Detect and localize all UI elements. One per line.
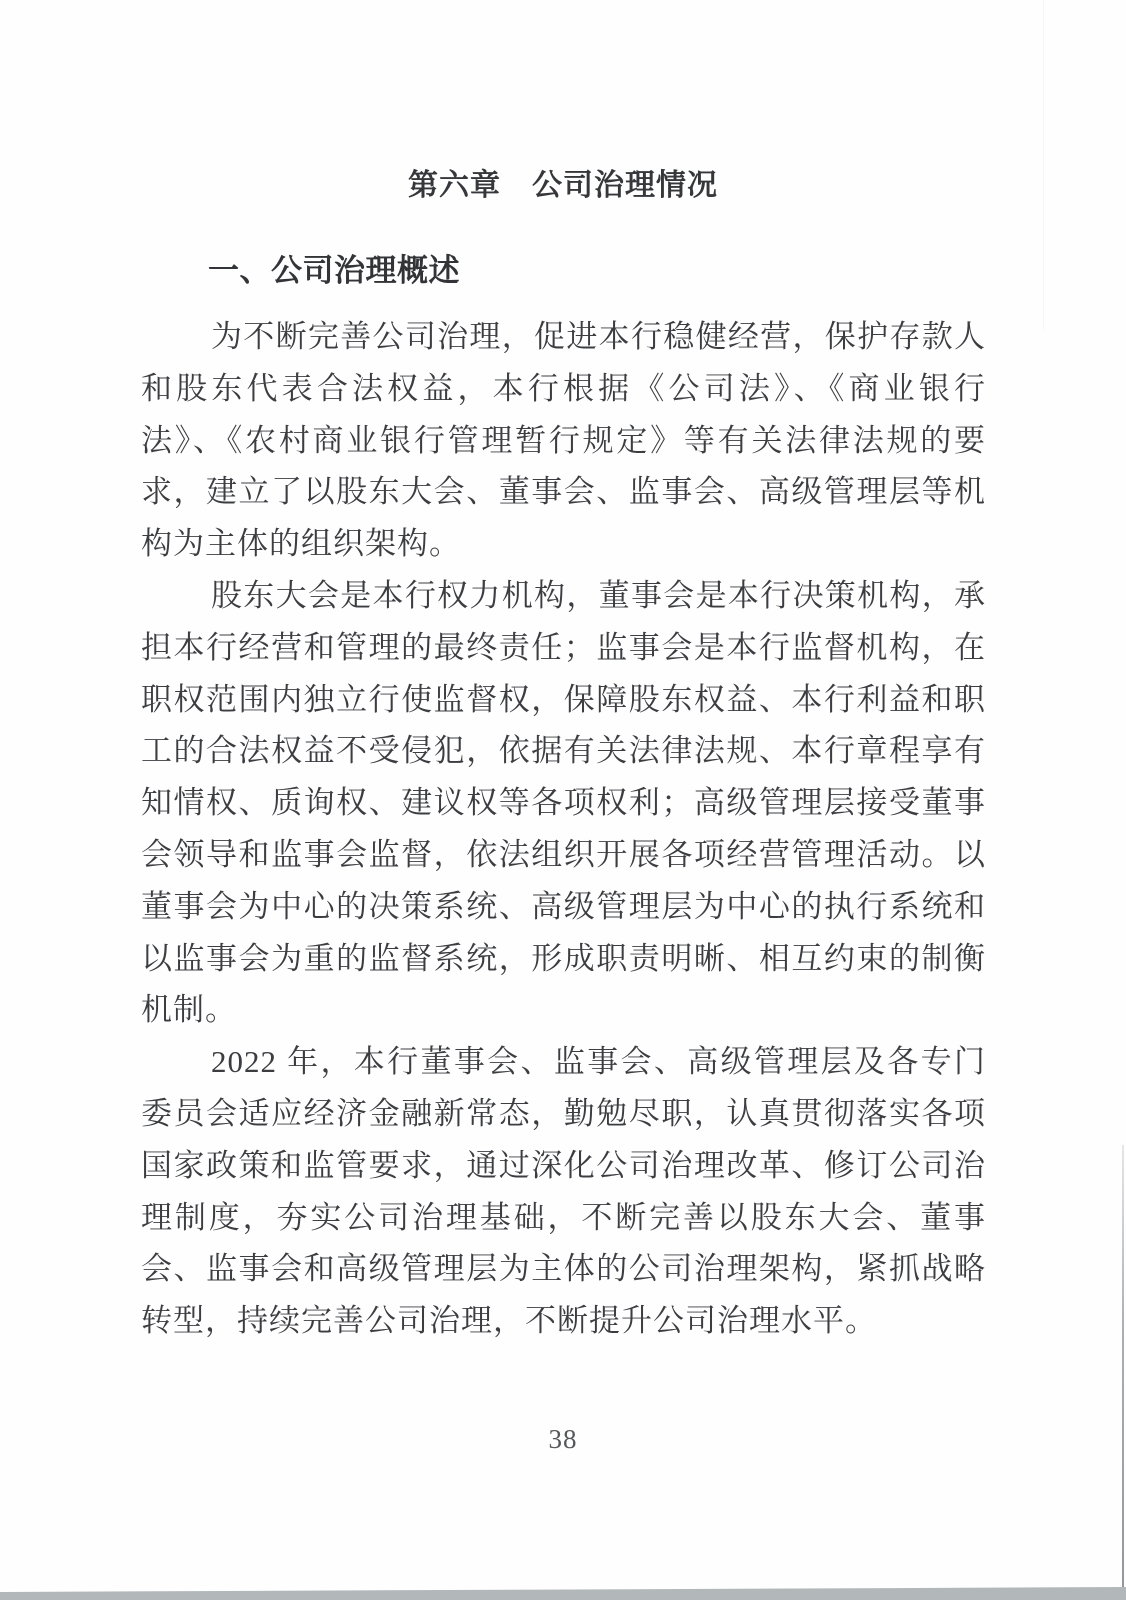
body-paragraph-3: 2022 年，本行董事会、监事会、高级管理层及各专门委员会适应经济金融新常态，勤… (141, 1036, 986, 1347)
document-page: 第六章 公司治理情况 一、公司治理概述 为不断完善公司治理，促进本行稳健经营，保… (0, 0, 1126, 1600)
scan-edge-line (1122, 1145, 1124, 1600)
scan-crease-line (1043, 0, 1044, 330)
body-paragraph-2: 股东大会是本行权力机构，董事会是本行决策机构，承担本行经营和管理的最终责任；监事… (141, 570, 986, 1036)
body-text: 为不断完善公司治理，促进本行稳健经营，保护存款人和股东代表合法权益，本行根据《公… (141, 311, 986, 1347)
body-paragraph-1: 为不断完善公司治理，促进本行稳健经营，保护存款人和股东代表合法权益，本行根据《公… (141, 311, 986, 570)
section-heading: 一、公司治理概述 (208, 245, 460, 290)
page-title: 第六章 公司治理情况 (0, 160, 1126, 204)
scan-bottom-edge (0, 1587, 1126, 1600)
page-number: 38 (0, 1424, 1126, 1455)
